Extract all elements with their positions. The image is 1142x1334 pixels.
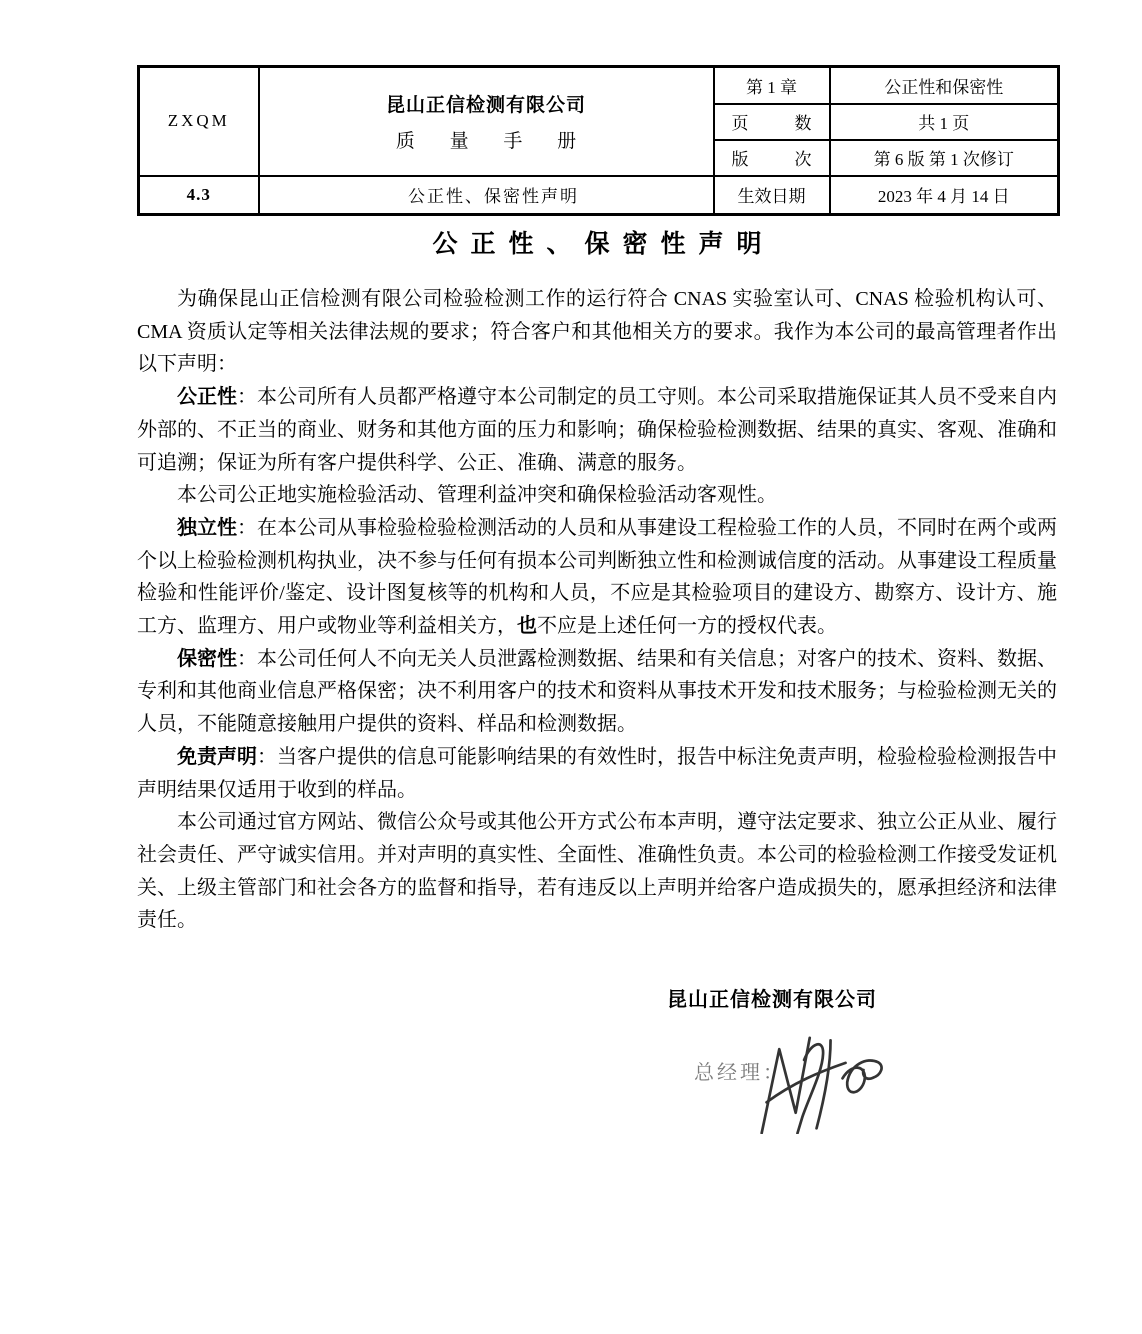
paragraph-text: ：当客户提供的信息可能影响结果的有效性时，报告中标注免责声明，检验检验检测报告中… (137, 746, 1057, 801)
paragraph-intro: 为确保昆山正信检测有限公司检验检测工作的运行符合 CNAS 实验室认可、CNAS… (137, 283, 1057, 381)
page-title: 公正性、保密性声明 (137, 228, 1057, 262)
paragraph-text: ：本公司任何人不向无关人员泄露检测数据、结果和有关信息；对客户的技术、资料、数据… (137, 648, 1057, 735)
paragraph-text: 本公司公正地实施检验活动、管理利益冲突和确保检验活动客观性。 (177, 484, 777, 506)
paragraph-text: 不应是上述任何一方的授权代表。 (537, 615, 837, 637)
signature-company-name: 昆山正信检测有限公司 (667, 983, 877, 1012)
pages-value: 共 1 页 (830, 104, 1059, 140)
company-manual-cell: 昆山正信检测有限公司 质 量 手 册 (259, 67, 714, 176)
paragraph-disclaimer: 免责声明：当客户提供的信息可能影响结果的有效性时，报告中标注免责声明，检验检验检… (137, 741, 1057, 806)
paragraph-confidentiality: 保密性：本公司任何人不向无关人员泄露检测数据、结果和有关信息；对客户的技术、资料… (137, 643, 1057, 741)
document-body: 公正性、保密性声明 为确保昆山正信检测有限公司检验检测工作的运行符合 CNAS … (137, 228, 1057, 937)
edition-value: 第 6 版 第 1 次修订 (830, 140, 1059, 176)
header-table: ZXQM 昆山正信检测有限公司 质 量 手 册 第 1 章 公正性和保密性 页 … (137, 65, 1060, 216)
paragraph-publication: 本公司通过官方网站、微信公众号或其他公开方式公布本声明，遵守法定要求、独立公正从… (137, 806, 1057, 937)
effective-date-label: 生效日期 (714, 176, 830, 215)
logo-text: ZXQM (139, 67, 259, 176)
document-page: ZXQM 昆山正信检测有限公司 质 量 手 册 第 1 章 公正性和保密性 页 … (0, 0, 1142, 1334)
handwritten-signature-icon (752, 1030, 887, 1134)
paragraph-label: 独立性 (177, 517, 237, 539)
paragraph-label: 免责声明 (177, 746, 257, 768)
edition-label: 版 次 (714, 140, 830, 176)
section-title: 公正性、保密性声明 (259, 176, 714, 215)
paragraph-independence: 独立性：在本公司从事检验检验检测活动的人员和从事建设工程检验工作的人员，不同时在… (137, 512, 1057, 643)
manual-title: 质 量 手 册 (260, 126, 713, 153)
chapter-value: 公正性和保密性 (830, 67, 1059, 104)
pages-label: 页 数 (714, 104, 830, 140)
paragraph-text: ：本公司所有人员都严格遵守本公司制定的员工守则。本公司采取措施保证其人员不受来自… (137, 386, 1057, 473)
paragraph-text: 本公司通过官方网站、微信公众号或其他公开方式公布本声明，遵守法定要求、独立公正从… (137, 811, 1057, 931)
company-name: 昆山正信检测有限公司 (260, 90, 713, 117)
paragraph-impartial-activities: 本公司公正地实施检验活动、管理利益冲突和确保检验活动客观性。 (137, 479, 1057, 512)
paragraph-text: 为确保昆山正信检测有限公司检验检测工作的运行符合 CNAS 实验室认可、CNAS… (137, 288, 1057, 375)
paragraph-label: 保密性 (177, 648, 237, 670)
paragraph-impartiality: 公正性：本公司所有人员都严格遵守本公司制定的员工守则。本公司采取措施保证其人员不… (137, 381, 1057, 479)
paragraph-emphasis: 也 (517, 615, 537, 637)
chapter-label: 第 1 章 (714, 67, 830, 104)
paragraph-label: 公正性 (177, 386, 237, 408)
section-number: 4.3 (139, 176, 259, 215)
effective-date-value: 2023 年 4 月 14 日 (830, 176, 1059, 215)
